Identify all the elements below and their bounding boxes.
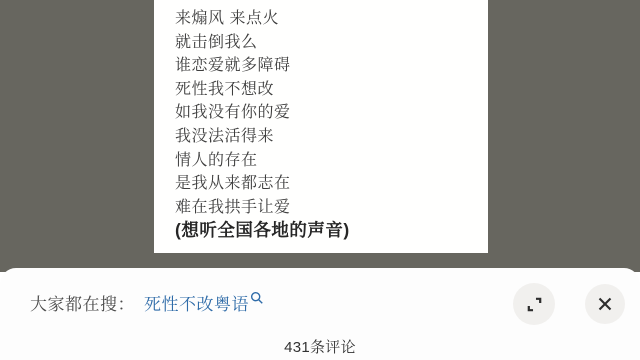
lyric-line: 就击倒我么 bbox=[175, 31, 478, 55]
lyric-line: 我没法活得来 bbox=[175, 125, 478, 149]
close-button[interactable] bbox=[585, 284, 625, 324]
lyric-line-highlight: (想听全国各地的声音) bbox=[175, 219, 478, 243]
lyric-line: 情人的存在 bbox=[175, 149, 478, 173]
comments-count: 431条评论 bbox=[0, 336, 640, 357]
expand-icon bbox=[525, 295, 544, 314]
lyric-line: 来煽风 来点火 bbox=[175, 7, 478, 31]
lyric-line: 是我从来都志在 bbox=[175, 172, 478, 196]
suggested-query-link[interactable]: 死性不改粤语 bbox=[144, 290, 249, 315]
close-icon bbox=[596, 295, 614, 313]
lyric-line: 死性我不想改 bbox=[175, 78, 478, 102]
lyric-line: 谁恋爱就多障碍 bbox=[175, 54, 478, 78]
lyrics-panel: 来煽风 来点火 就击倒我么 谁恋爱就多障碍 死性我不想改 如我没有你的爱 我没法… bbox=[154, 0, 488, 253]
lyric-line: 难在我拱手让爱 bbox=[175, 196, 478, 220]
search-icon[interactable] bbox=[250, 291, 264, 305]
search-suggestion-row: 大家都在搜： 死性不改粤语 bbox=[30, 290, 264, 314]
expand-button[interactable] bbox=[513, 283, 555, 325]
lyric-line: 如我没有你的爱 bbox=[175, 101, 478, 125]
app-screen: 来煽风 来点火 就击倒我么 谁恋爱就多障碍 死性我不想改 如我没有你的爱 我没法… bbox=[0, 0, 640, 360]
everyone-searching-label: 大家都在搜： bbox=[30, 290, 135, 315]
video-player-region[interactable]: 来煽风 来点火 就击倒我么 谁恋爱就多障碍 死性我不想改 如我没有你的爱 我没法… bbox=[0, 0, 640, 272]
